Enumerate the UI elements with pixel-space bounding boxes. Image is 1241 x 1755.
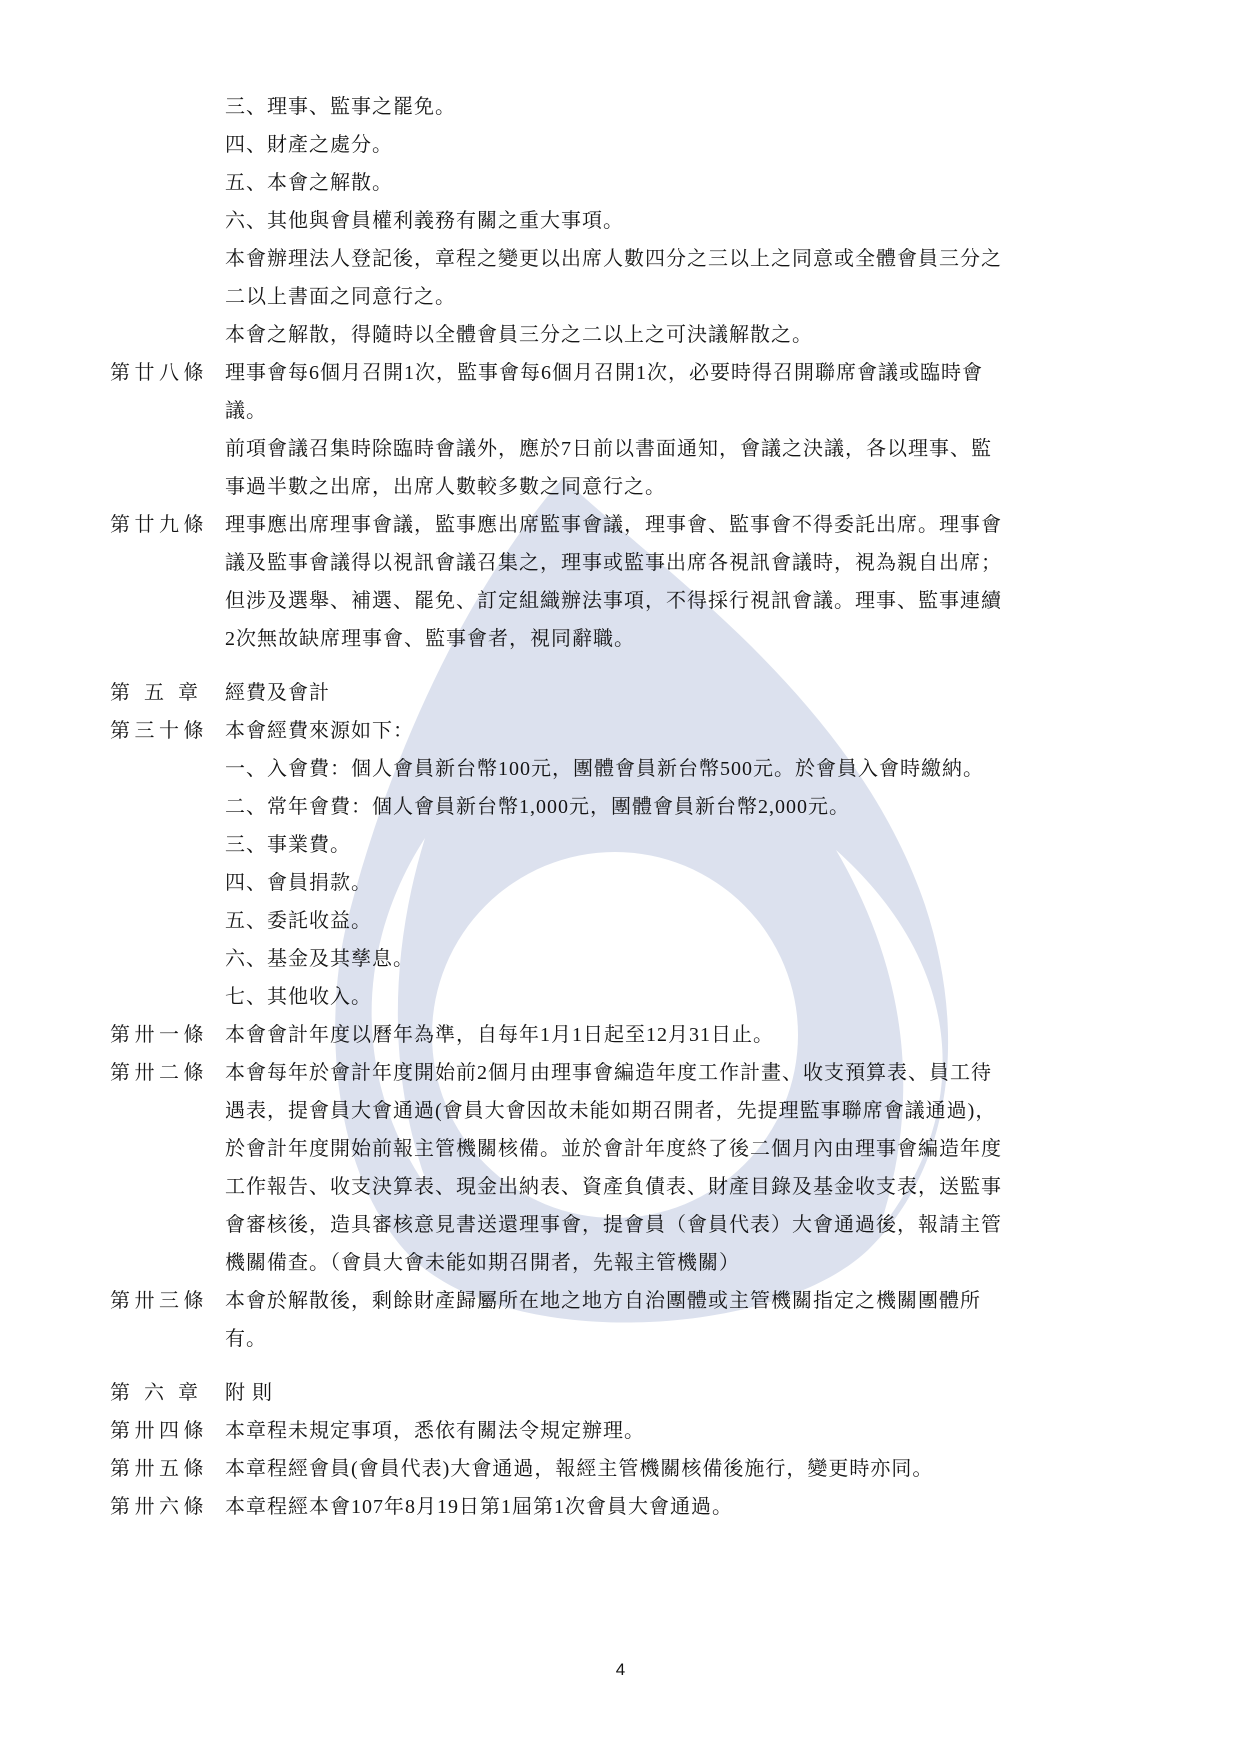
page-number: 4 <box>0 1660 1241 1680</box>
text-row: 遇表，提會員大會通過(會員大會因故未能如期召開者，先提理監事聯席會議通過)， <box>0 1092 1241 1130</box>
text-row: 六、其他與會員權利義務有關之重大事項。 <box>0 202 1241 240</box>
article-number: 第卅四條 <box>110 1412 225 1450</box>
text-row: 於會計年度開始前報主管機關核備。並於會計年度終了後二個月內由理事會編造年度 <box>0 1130 1241 1168</box>
article-row: 第廿八條理事會每6個月召開1次，監事會每6個月召開1次，必要時得召開聯席會議或臨… <box>0 354 1241 392</box>
row-text: 機關備查。（會員大會未能如期召開者，先報主管機關） <box>225 1244 1241 1282</box>
row-text: 六、其他與會員權利義務有關之重大事項。 <box>225 202 1241 240</box>
text-row: 二以上書面之同意行之。 <box>0 278 1241 316</box>
row-text: 本會會計年度以曆年為準，自每年1月1日起至12月31日止。 <box>225 1016 1241 1054</box>
text-row: 前項會議召集時除臨時會議外，應於7日前以書面通知，會議之決議，各以理事、監 <box>0 430 1241 468</box>
row-text: 二、常年會費：個人會員新台幣1,000元，團體會員新台幣2,000元。 <box>225 788 1241 826</box>
row-text: 本會之解散，得隨時以全體會員三分之二以上之可決議解散之。 <box>225 316 1241 354</box>
text-row: 議及監事會議得以視訊會議召集之，理事或監事出席各視訊會議時，視為親自出席； <box>0 544 1241 582</box>
text-row: 事過半數之出席，出席人數較多數之同意行之。 <box>0 468 1241 506</box>
article-number: 第卅三條 <box>110 1282 225 1320</box>
article-row: 第卅六條本章程經本會107年8月19日第1屆第1次會員大會通過。 <box>0 1488 1241 1526</box>
article-number: 第卅二條 <box>110 1054 225 1092</box>
row-text: 事過半數之出席，出席人數較多數之同意行之。 <box>225 468 1241 506</box>
chapter-number: 第 五 章 <box>110 674 225 712</box>
chapter-title: 附 則 <box>225 1374 1241 1412</box>
chapter-heading-row: 第 六 章附 則 <box>0 1374 1241 1412</box>
article-number: 第卅六條 <box>110 1488 225 1526</box>
article-number: 第卅一條 <box>110 1016 225 1054</box>
article-number: 第廿八條 <box>110 354 225 392</box>
article-row: 第卅三條本會於解散後，剩餘財產歸屬所在地之地方自治團體或主管機關指定之機關團體所 <box>0 1282 1241 1320</box>
row-text: 會審核後，造具審核意見書送還理事會，提會員（會員代表）大會通過後，報請主管 <box>225 1206 1241 1244</box>
article-number: 第三十條 <box>110 712 225 750</box>
text-row: 會審核後，造具審核意見書送還理事會，提會員（會員代表）大會通過後，報請主管 <box>0 1206 1241 1244</box>
row-text: 前項會議召集時除臨時會議外，應於7日前以書面通知，會議之決議，各以理事、監 <box>225 430 1241 468</box>
row-text: 議。 <box>225 392 1241 430</box>
text-row: 工作報告、收支決算表、現金出納表、資產負債表、財產目錄及基金收支表，送監事 <box>0 1168 1241 1206</box>
row-text: 本會辦理法人登記後，章程之變更以出席人數四分之三以上之同意或全體會員三分之 <box>225 240 1241 278</box>
text-row: 本會之解散，得隨時以全體會員三分之二以上之可決議解散之。 <box>0 316 1241 354</box>
text-row: 一、入會費：個人會員新台幣100元，團體會員新台幣500元。於會員入會時繳納。 <box>0 750 1241 788</box>
row-text: 本章程經本會107年8月19日第1屆第1次會員大會通過。 <box>225 1488 1241 1526</box>
text-row: 機關備查。（會員大會未能如期召開者，先報主管機關） <box>0 1244 1241 1282</box>
text-row: 四、會員捐款。 <box>0 864 1241 902</box>
chapter-title: 經費及會計 <box>225 674 1241 712</box>
row-text: 本會每年於會計年度開始前2個月由理事會編造年度工作計畫、收支預算表、員工待 <box>225 1054 1241 1092</box>
text-row: 七、其他收入。 <box>0 978 1241 1016</box>
article-row: 第卅五條本章程經會員(會員代表)大會通過，報經主管機關核備後施行，變更時亦同。 <box>0 1450 1241 1488</box>
row-text: 五、委託收益。 <box>225 902 1241 940</box>
row-text: 有。 <box>225 1320 1241 1358</box>
article-number: 第卅五條 <box>110 1450 225 1488</box>
row-text: 一、入會費：個人會員新台幣100元，團體會員新台幣500元。於會員入會時繳納。 <box>225 750 1241 788</box>
row-text: 2次無故缺席理事會、監事會者，視同辭職。 <box>225 620 1241 658</box>
row-text: 本會於解散後，剩餘財產歸屬所在地之地方自治團體或主管機關指定之機關團體所 <box>225 1282 1241 1320</box>
row-text: 三、事業費。 <box>225 826 1241 864</box>
row-text: 四、會員捐款。 <box>225 864 1241 902</box>
row-text: 四、財產之處分。 <box>225 126 1241 164</box>
text-row: 五、本會之解散。 <box>0 164 1241 202</box>
row-text: 理事應出席理事會議，監事應出席監事會議，理事會、監事會不得委託出席。理事會 <box>225 506 1241 544</box>
text-row: 三、事業費。 <box>0 826 1241 864</box>
document-body: 三、理事、監事之罷免。四、財產之處分。五、本會之解散。六、其他與會員權利義務有關… <box>0 88 1241 1526</box>
text-row: 但涉及選舉、補選、罷免、訂定組織辦法事項，不得採行視訊會議。理事、監事連續 <box>0 582 1241 620</box>
text-row: 本會辦理法人登記後，章程之變更以出席人數四分之三以上之同意或全體會員三分之 <box>0 240 1241 278</box>
row-text: 理事會每6個月召開1次，監事會每6個月召開1次，必要時得召開聯席會議或臨時會 <box>225 354 1241 392</box>
row-text: 本章程經會員(會員代表)大會通過，報經主管機關核備後施行，變更時亦同。 <box>225 1450 1241 1488</box>
article-number: 第廿九條 <box>110 506 225 544</box>
row-text: 三、理事、監事之罷免。 <box>225 88 1241 126</box>
text-row: 三、理事、監事之罷免。 <box>0 88 1241 126</box>
text-row: 議。 <box>0 392 1241 430</box>
row-text: 議及監事會議得以視訊會議召集之，理事或監事出席各視訊會議時，視為親自出席； <box>225 544 1241 582</box>
row-text: 六、基金及其孳息。 <box>225 940 1241 978</box>
text-row: 四、財產之處分。 <box>0 126 1241 164</box>
text-row: 有。 <box>0 1320 1241 1358</box>
text-row: 2次無故缺席理事會、監事會者，視同辭職。 <box>0 620 1241 658</box>
chapter-number: 第 六 章 <box>110 1374 225 1412</box>
article-row: 第廿九條理事應出席理事會議，監事應出席監事會議，理事會、監事會不得委託出席。理事… <box>0 506 1241 544</box>
chapter-heading-row: 第 五 章經費及會計 <box>0 674 1241 712</box>
article-row: 第卅四條本章程未規定事項，悉依有關法令規定辦理。 <box>0 1412 1241 1450</box>
row-text: 本章程未規定事項，悉依有關法令規定辦理。 <box>225 1412 1241 1450</box>
row-text: 七、其他收入。 <box>225 978 1241 1016</box>
article-row: 第三十條本會經費來源如下： <box>0 712 1241 750</box>
row-text: 於會計年度開始前報主管機關核備。並於會計年度終了後二個月內由理事會編造年度 <box>225 1130 1241 1168</box>
row-text: 五、本會之解散。 <box>225 164 1241 202</box>
row-text: 二以上書面之同意行之。 <box>225 278 1241 316</box>
text-row: 五、委託收益。 <box>0 902 1241 940</box>
text-row: 二、常年會費：個人會員新台幣1,000元，團體會員新台幣2,000元。 <box>0 788 1241 826</box>
article-row: 第卅二條本會每年於會計年度開始前2個月由理事會編造年度工作計畫、收支預算表、員工… <box>0 1054 1241 1092</box>
row-text: 遇表，提會員大會通過(會員大會因故未能如期召開者，先提理監事聯席會議通過)， <box>225 1092 1241 1130</box>
row-text: 但涉及選舉、補選、罷免、訂定組織辦法事項，不得採行視訊會議。理事、監事連續 <box>225 582 1241 620</box>
text-row: 六、基金及其孳息。 <box>0 940 1241 978</box>
row-text: 工作報告、收支決算表、現金出納表、資產負債表、財產目錄及基金收支表，送監事 <box>225 1168 1241 1206</box>
document-page: 三、理事、監事之罷免。四、財產之處分。五、本會之解散。六、其他與會員權利義務有關… <box>0 0 1241 1755</box>
article-row: 第卅一條本會會計年度以曆年為準，自每年1月1日起至12月31日止。 <box>0 1016 1241 1054</box>
row-text: 本會經費來源如下： <box>225 712 1241 750</box>
